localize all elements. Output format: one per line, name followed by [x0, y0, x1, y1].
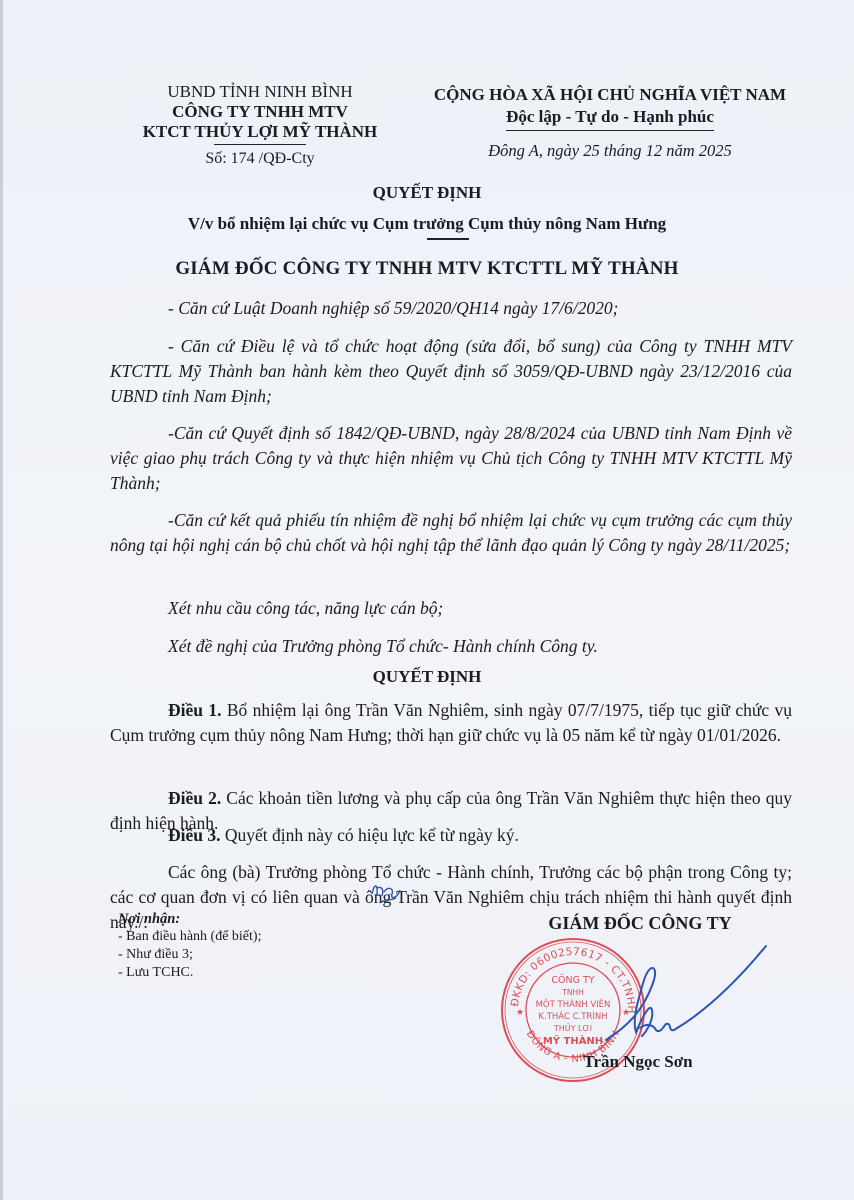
- recipient-item: - Như điều 3;: [118, 946, 261, 964]
- svg-text:TNHH: TNHH: [561, 988, 583, 997]
- svg-text:THỦY LỢI: THỦY LỢI: [553, 1022, 592, 1033]
- svg-text:★: ★: [516, 1008, 524, 1018]
- org-name-line2: KTCT THỦY LỢI MỸ THÀNH: [100, 122, 420, 142]
- authority-name: UBND TỈNH NINH BÌNH: [100, 82, 420, 102]
- org-name-line1: CÔNG TY TNHH MTV: [100, 102, 420, 122]
- document-type: QUYẾT ĐỊNH: [0, 183, 854, 203]
- document-number: Số: 174 /QĐ-Cty: [100, 149, 420, 169]
- issuer-header: UBND TỈNH NINH BÌNH CÔNG TY TNHH MTV KTC…: [100, 82, 420, 169]
- consideration-2: Xét đề nghị của Trưởng phòng Tổ chức- Hà…: [110, 634, 792, 659]
- article-3-label: Điều 3.: [168, 825, 221, 845]
- document-subject: V/v bổ nhiệm lại chức vụ Cụm trưởng Cụm …: [0, 214, 854, 234]
- legal-basis-2: - Căn cứ Điều lệ và tổ chức hoạt động (s…: [110, 334, 792, 409]
- signatory-title: GIÁM ĐỐC CÔNG TY: [520, 913, 760, 934]
- legal-basis-1: - Căn cứ Luật Doanh nghiệp số 59/2020/QH…: [110, 296, 792, 321]
- recipient-item: - Ban điều hành (để biết);: [118, 928, 261, 946]
- place-date: Đông A, ngày 25 tháng 12 năm 2025: [395, 140, 825, 162]
- national-motto: Độc lập - Tự do - Hạnh phúc: [506, 106, 714, 131]
- decision-heading: QUYẾT ĐỊNH: [0, 667, 854, 687]
- initials-mark-icon: [368, 876, 404, 906]
- recipients-heading: Nơi nhận:: [118, 910, 261, 928]
- consideration-1: Xét nhu cầu công tác, năng lực cán bộ;: [110, 596, 792, 621]
- document-page: UBND TỈNH NINH BÌNH CÔNG TY TNHH MTV KTC…: [0, 0, 854, 1200]
- header-divider: [214, 144, 306, 145]
- article-3: Điều 3. Quyết định này có hiệu lực kể từ…: [110, 823, 792, 848]
- recipient-item: - Lưu TCHC.: [118, 964, 261, 982]
- article-2-label: Điều 2.: [168, 788, 221, 808]
- page-edge: [0, 0, 3, 1200]
- legal-basis-4: -Căn cứ kết quả phiếu tín nhiệm đề nghị …: [110, 508, 792, 558]
- issuer-title: GIÁM ĐỐC CÔNG TY TNHH MTV KTCTTL MỸ THÀN…: [0, 258, 854, 280]
- subject-divider: [427, 238, 469, 240]
- article-3-text: Quyết định này có hiệu lực kể từ ngày ký…: [221, 825, 519, 845]
- article-1-label: Điều 1.: [168, 700, 221, 720]
- recipients-block: Nơi nhận: - Ban điều hành (để biết); - N…: [118, 910, 261, 982]
- article-1: Điều 1. Bổ nhiệm lại ông Trần Văn Nghiêm…: [110, 698, 792, 748]
- signatory-name: Trần Ngọc Sơn: [538, 1052, 738, 1072]
- legal-basis-3: -Căn cứ Quyết định số 1842/QĐ-UBND, ngày…: [110, 421, 792, 496]
- nation-name: CỘNG HÒA XÃ HỘI CHỦ NGHĨA VIỆT NAM: [395, 84, 825, 106]
- handwritten-signature-icon: [588, 940, 768, 1050]
- national-header: CỘNG HÒA XÃ HỘI CHỦ NGHĨA VIỆT NAM Độc l…: [395, 84, 825, 162]
